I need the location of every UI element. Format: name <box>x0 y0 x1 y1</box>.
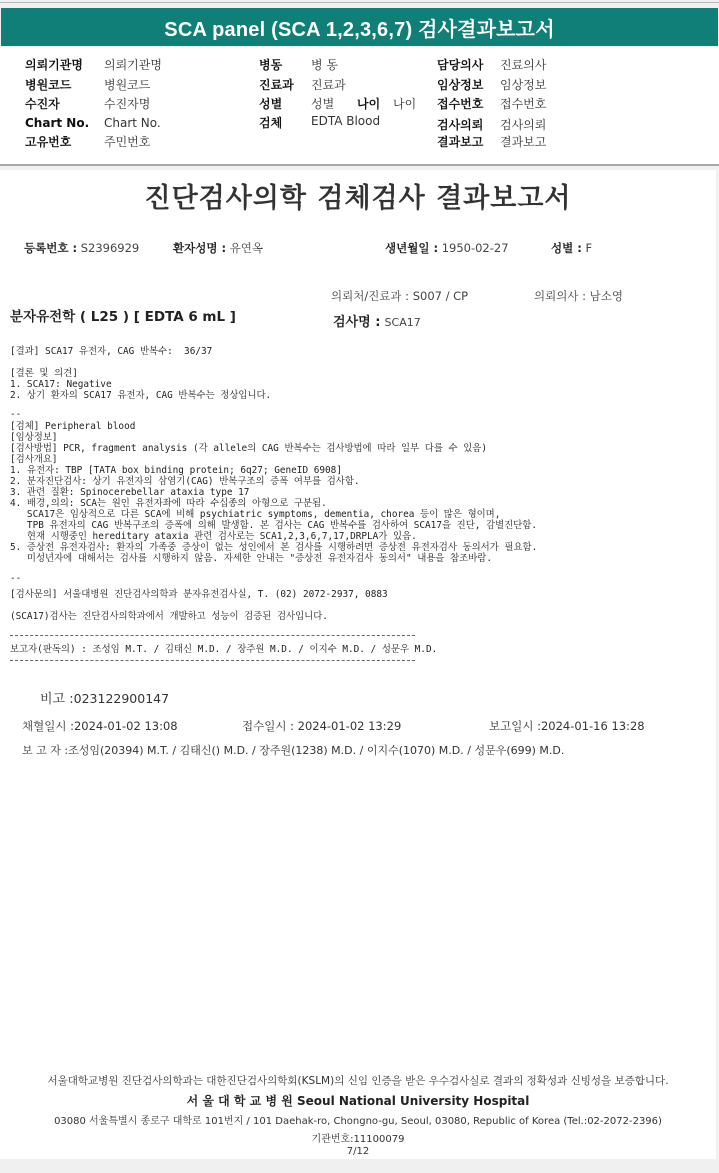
info-value: Chart No. <box>104 116 161 130</box>
detail-line: [검체] Peripheral blood <box>10 421 135 432</box>
info-label: 병원코드 <box>25 76 71 93</box>
remark: 비고 :023122900147 <box>40 688 169 707</box>
info-label: 담당의사 <box>437 56 483 73</box>
detail-line: 현재 시행중인 hereditary ataxia 관련 검사로는 SCA1,2… <box>10 531 417 542</box>
test-name: 검사명 : SCA17 <box>333 311 421 330</box>
banner-title: SCA panel (SCA 1,2,3,6,7) 검사결과보고서 <box>164 13 554 42</box>
info-label: 고유번호 <box>25 133 71 150</box>
certification-text: 서울대학교병원 진단검사의학과는 대한진단검사의학회(KSLM)의 신임 인증을… <box>0 1073 716 1088</box>
result-line: [결과] SCA17 유전자, CAG 반복수: 36/37 <box>10 346 212 357</box>
separator: -- <box>10 409 21 420</box>
reporter-list: 보 고 자 :조성임(20394) M.T. / 김태신() M.D. / 장주… <box>22 742 564 758</box>
reporters-line: 보고자(판독의) : 조성임 M.T. / 김태신 M.D. / 장주원 M.D… <box>10 644 437 655</box>
detail-line: 2. 분자진단검사: 상기 유전자의 삼염기(CAG) 반복구조의 증폭 여부를… <box>10 476 360 487</box>
info-grid: 의뢰기관명 의뢰기관명 병원코드 병원코드 수진자 수진자명 Chart No.… <box>0 47 719 164</box>
institution-number: 기관번호:11100079 <box>0 1130 716 1145</box>
info-value: 접수번호 <box>500 95 546 112</box>
detail-line: [임상정보] <box>10 432 58 443</box>
info-label: 검체 <box>259 114 282 131</box>
reported-time: 보고일시 :2024-01-16 13:28 <box>489 718 645 734</box>
info-value: 의뢰기관명 <box>104 56 162 73</box>
patient-name: 환자성명 : 유연옥 <box>173 240 263 256</box>
info-label: 의뢰기관명 <box>25 56 83 73</box>
info-label: 검사의뢰 <box>437 116 483 133</box>
section-title: 분자유전학 ( L25 ) [ EDTA 6 mL ] <box>10 305 236 325</box>
detail-line: 3. 관련 질환: Spinocerebellar ataxia type 17 <box>10 487 249 498</box>
received-time: 접수일시 : 2024-01-02 13:29 <box>242 718 401 734</box>
separator: -- <box>10 573 21 584</box>
info-label: 진료과 <box>259 76 294 93</box>
info-value: 수진자명 <box>104 95 150 112</box>
hospital-address: 03080 서울특별시 종로구 대학로 101번지 / 101 Daehak-r… <box>0 1112 716 1127</box>
info-value: 결과보고 <box>500 133 546 150</box>
collected-time: 채혈일시 :2024-01-02 13:08 <box>22 718 178 734</box>
detail-line: [검사방법] PCR, fragment analysis (각 allele의… <box>10 443 487 454</box>
info-value: 진료과 <box>311 76 346 93</box>
info-label: 임상정보 <box>437 76 483 93</box>
detail-line: 5. 증상전 유전자검사: 환자의 가족중 증상이 없는 성인에서 본 검사를 … <box>10 542 537 553</box>
info-label: 성별 <box>259 95 282 112</box>
info-value: 병 동 <box>311 56 338 73</box>
page-top-strip <box>0 166 716 170</box>
report-banner: SCA panel (SCA 1,2,3,6,7) 검사결과보고서 <box>1 8 718 46</box>
top-border <box>0 2 719 3</box>
detail-line: 미성년자에 대해서는 검사를 시행하지 않음. 자세한 안내는 "증상전 유전자… <box>10 553 492 564</box>
detail-line: [검사개요] <box>10 454 58 465</box>
info-value: 주민번호 <box>104 133 150 150</box>
age-label: 나이 <box>357 95 380 112</box>
dashed-divider <box>10 635 415 636</box>
validation-line: (SCA17)검사는 진단검사의학과에서 개발하고 성능이 검증된 검사입니다. <box>10 611 328 622</box>
info-value: 검사의뢰 <box>500 116 546 133</box>
page-number: 7/12 <box>0 1146 716 1157</box>
document-title: 진단검사의학 검체검사 결과보고서 <box>0 176 716 215</box>
info-label: 결과보고 <box>437 133 483 150</box>
detail-line: TPB 유전자의 CAG 반복구조의 증폭에 의해 발생함. 본 검사는 CAG… <box>10 520 537 531</box>
patient-sex: 성별 : F <box>551 240 592 256</box>
info-label: Chart No. <box>25 116 89 130</box>
date-of-birth: 생년월일 : 1950-02-27 <box>385 240 509 256</box>
conclusion-item: 1. SCA17: Negative <box>10 379 112 390</box>
hospital-name: 서 울 대 학 교 병 원 Seoul National University … <box>0 1092 716 1109</box>
detail-line: SCA17은 임상적으로 다른 SCA에 비해 psychiatric symp… <box>10 509 500 520</box>
conclusion-heading: [결론 및 의견] <box>10 368 78 379</box>
info-value: 진료의사 <box>500 56 546 73</box>
info-label: 병동 <box>259 56 282 73</box>
dashed-divider <box>10 660 415 661</box>
detail-line: 4. 배경,의의: SCA는 원인 유전자좌에 따라 수십종의 아형으로 구분됨… <box>10 498 327 509</box>
inquiry-line: [검사문의] 서울대병원 진단검사의학과 분자유전검사실, T. (02) 20… <box>10 589 388 600</box>
age-value: 나이 <box>393 95 416 112</box>
registration-number: 등록번호 : S2396929 <box>24 240 139 256</box>
referral-doctor: 의뢰의사 : 남소영 <box>534 288 623 304</box>
info-value: 성별 <box>311 95 334 112</box>
info-label: 접수번호 <box>437 95 483 112</box>
info-label: 수진자 <box>25 95 60 112</box>
info-value: 병원코드 <box>104 76 150 93</box>
referral-department: 의뢰처/진료과 : S007 / CP <box>331 288 468 304</box>
info-value: 임상정보 <box>500 76 546 93</box>
detail-line: 1. 유전자: TBP [TATA box binding protein; 6… <box>10 465 342 476</box>
conclusion-item: 2. 상기 환자의 SCA17 유전자, CAG 반복수는 정상입니다. <box>10 390 271 401</box>
report-page: 진단검사의학 검체검사 결과보고서 등록번호 : S2396929 환자성명 :… <box>0 166 716 1159</box>
info-value: EDTA Blood <box>311 114 380 128</box>
